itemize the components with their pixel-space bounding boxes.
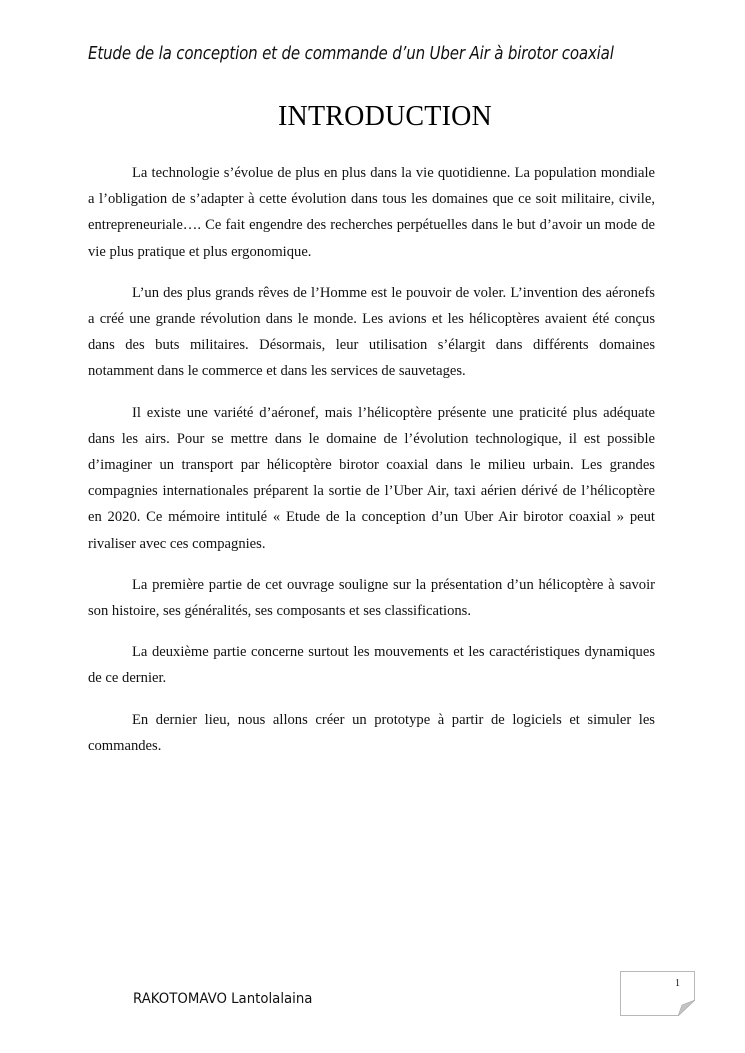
- page-box-edge: [620, 1015, 678, 1016]
- running-header: Etude de la conception et de commande d’…: [88, 44, 570, 64]
- document-page: Etude de la conception et de commande d’…: [0, 0, 745, 1053]
- paragraph: La technologie s’évolue de plus en plus …: [88, 160, 655, 265]
- paragraph: La deuxième partie concerne surtout les …: [88, 639, 655, 691]
- page-title: INTRODUCTION: [0, 101, 745, 133]
- page-curl-icon: [678, 1000, 695, 1016]
- paragraph: L’un des plus grands rêves de l’Homme es…: [88, 280, 655, 385]
- paragraph: Il existe une variété d’aéronef, mais l’…: [88, 400, 655, 557]
- paragraph: La première partie de cet ouvrage soulig…: [88, 572, 655, 624]
- footer-author: RAKOTOMAVO Lantolalaina: [133, 991, 312, 1007]
- page-number: 1: [675, 978, 680, 989]
- page-box-edge: [694, 971, 695, 1001]
- paragraph: En dernier lieu, nous allons créer un pr…: [88, 707, 655, 759]
- page-number-box: 1: [620, 971, 694, 1016]
- document-body: La technologie s’évolue de plus en plus …: [88, 160, 655, 774]
